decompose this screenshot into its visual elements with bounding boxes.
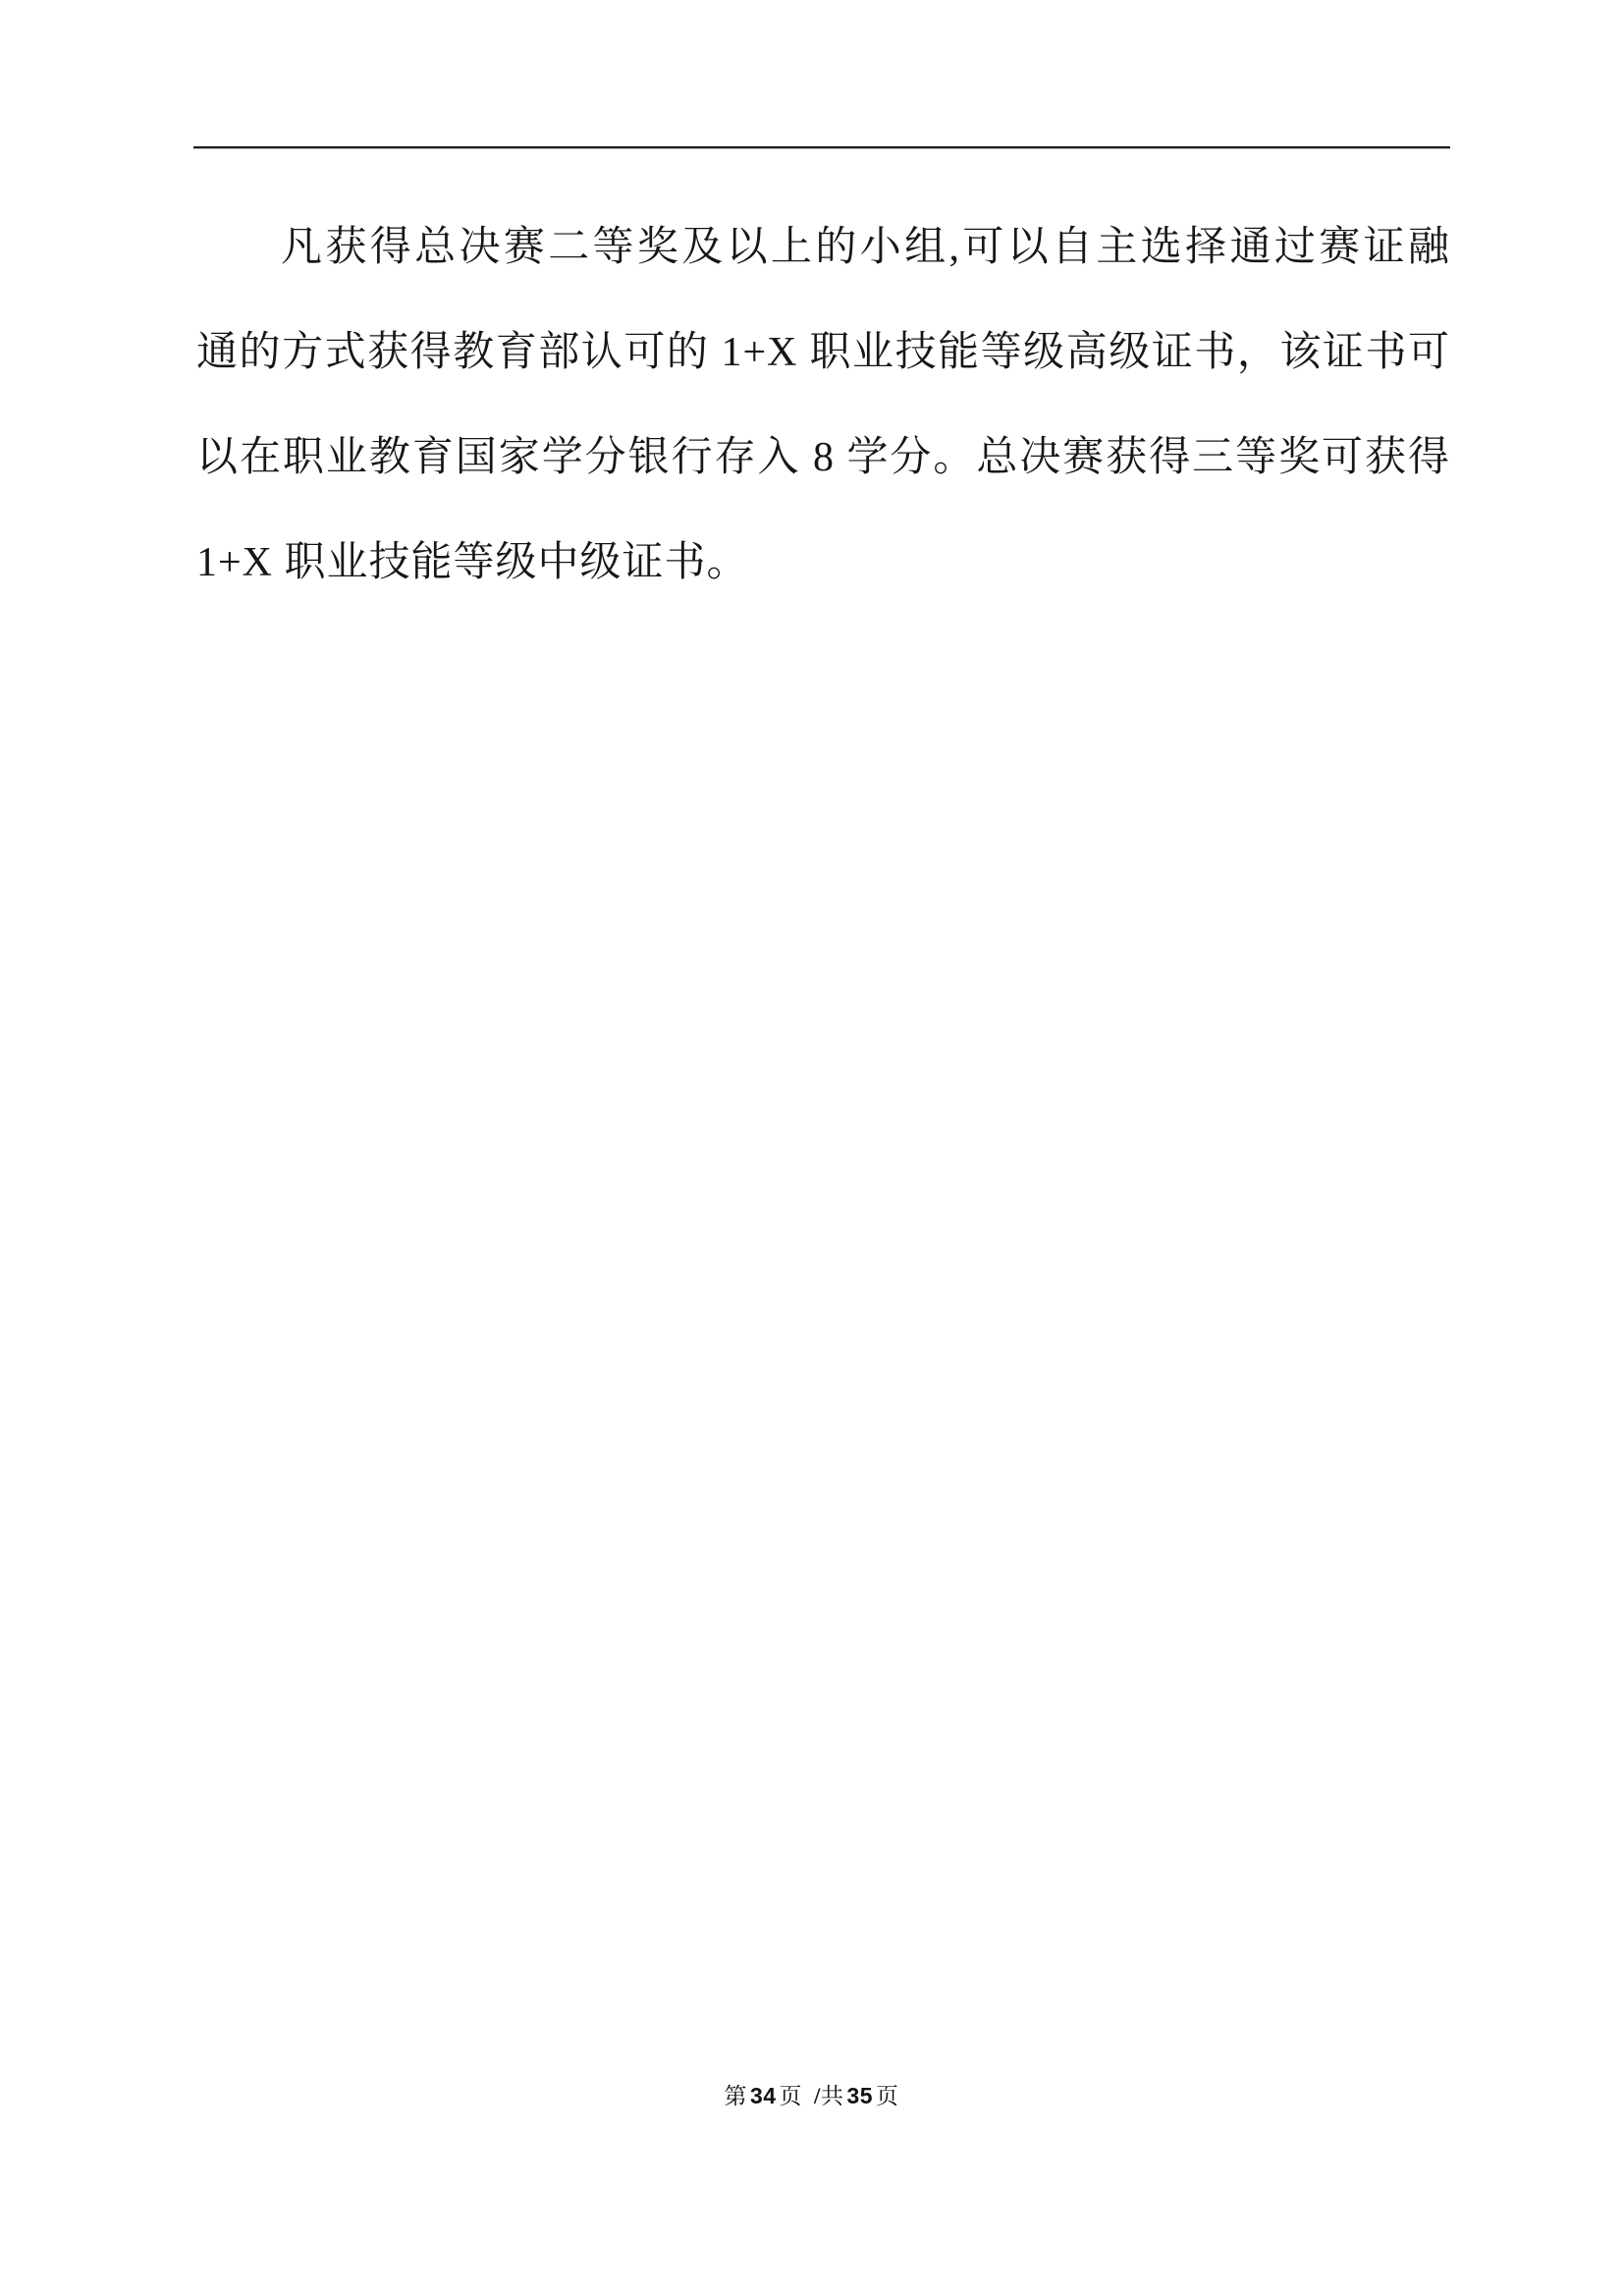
footer-current-page: 34 (750, 2083, 777, 2108)
paragraph-line-4: 1+X 职业技能等级中级证书。 (196, 511, 1450, 616)
paragraph-line-3: 以在职业教育国家学分银行存入 8 学分。总决赛获得三等奖可获得 (196, 406, 1450, 511)
paragraph-line-2: 通的方式获得教育部认可的 1+X 职业技能等级高级证书，该证书可 (196, 301, 1450, 406)
paragraph: 凡获得总决赛二等奖及以上的小组,可以自主选择通过赛证融 通的方式获得教育部认可的… (196, 195, 1450, 616)
footer-total-pages: 35 (846, 2083, 873, 2108)
footer-page-prefix: 第 (724, 2084, 747, 2108)
document-page: 凡获得总决赛二等奖及以上的小组,可以自主选择通过赛证融 通的方式获得教育部认可的… (0, 0, 1623, 2296)
footer-total-label: 共 (821, 2084, 844, 2108)
footer-separator: / (814, 2084, 821, 2108)
paragraph-line-1: 凡获得总决赛二等奖及以上的小组,可以自主选择通过赛证融 (196, 195, 1450, 301)
page-footer: 第34页/共35页 (0, 2078, 1623, 2110)
header-rule (193, 146, 1450, 148)
footer-total-unit: 页 (876, 2084, 899, 2108)
footer-page-unit: 页 (780, 2084, 803, 2108)
